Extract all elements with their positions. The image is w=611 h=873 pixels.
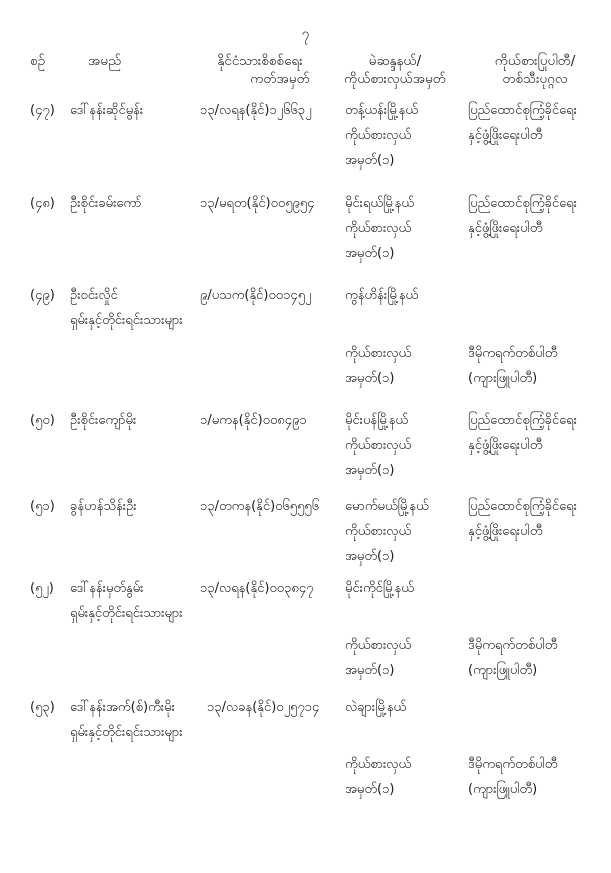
candidate-name: ခွန်ဟန်သိန်းဦး [70,496,137,518]
row-number: (၄၈) [30,193,55,215]
party-line1: ဒီမိုကရက်တစ်ပါတီ [468,635,557,657]
constituency: ကွန်ဟိန်းမြို့နယ် [345,285,418,307]
candidate-name: ဦးစိုင်းကျော်မိုး [70,410,136,432]
row-number: (၄၉) [30,285,55,307]
party-line1: ပြည်ထောင်စုကြံ့ခိုင်ရေး [468,496,577,518]
constituency-number: အမှတ်(၁) [345,243,394,265]
party-line2: (ကျားဖြူပါတီ) [468,660,537,682]
constituency-number: အမှတ်(၁) [345,660,394,682]
candidate-name-line2: ရှမ်းနှင့်တိုင်းရင်းသားများ [70,603,183,625]
party-line1: ပြည်ထောင်စုကြံ့ခိုင်ရေး [468,100,577,122]
page-number: ၇ [0,24,611,45]
constituency-number: အမှတ်(၁) [345,150,394,172]
candidate-name-line2: ရှမ်းနှင့်တိုင်းရင်းသားများ [70,310,183,332]
party-line1: ဒီမိုကရက်တစ်ပါတီ [468,343,557,365]
constituency-representative: ကိုယ်စားလှယ် [345,435,411,457]
nrc-number: ၁၃/လရန(နိုင်)၀၀၃၈၄၇ [200,578,313,600]
party-line2: (ကျားဖြူပါတီ) [468,779,537,801]
party-line2: နှင့်ဖွံ့ဖြိုးရေးပါတီ [468,125,542,147]
constituency-representative: ကိုယ်စားလှယ် [345,754,411,776]
constituency: မိုင်းကိုင်မြို့နယ် [345,578,414,600]
party-line2: နှင့်ဖွံ့ဖြိုးရေးပါတီ [468,521,542,543]
nrc-number: ၁/မကန(နိုင်)၀၀၈၄၉၁ [200,410,307,432]
constituency: လဲချားမြို့နယ် [345,697,406,719]
header-party-line2: တစ်သီးပုဂ္ဂလ [465,68,605,90]
constituency: တန့်ယန်းမြို့နယ် [345,100,418,122]
nrc-number: ၉/ပသက(နိုင်)၀၀၁၄၅၂ [200,285,311,307]
nrc-number: ၁၃/လခန(နိုင်)၀၂၅၇၁၄ [207,697,319,719]
header-constituency-line2: ကိုယ်စားလှယ်အမှတ် [325,68,465,90]
party-line1: ဒီမိုကရက်တစ်ပါတီ [468,754,557,776]
candidate-name: ဒေါ်နန်းမှတ်နွမ်း [70,578,143,600]
row-number: (၅၁) [30,496,55,518]
constituency: မောက်မယ်မြို့နယ် [345,496,429,518]
header-no: စဉ် [30,50,45,72]
nrc-number: ၁၃/မရတ(နိုင်)၀၀၅၉၅၄ [200,193,315,215]
row-number: (၅၂) [30,578,54,600]
candidate-name: ဦးစိုင်းခမ်းကော် [70,193,142,215]
party-line2: နှင့်ဖွံ့ဖြိုးရေးပါတီ [468,435,542,457]
constituency: မိုင်းရယ်မြို့နယ် [345,193,414,215]
row-number: (၅၀) [30,410,55,432]
party-line1: ပြည်ထောင်စုကြံ့ခိုင်ရေး [468,193,577,215]
nrc-number: ၁၃/လရန(နိုင်)၁၂၆၆၃၂ [200,100,311,122]
constituency-representative: ကိုယ်စားလှယ် [345,218,411,240]
candidate-name: ဦးဝင်းလှိုင် [70,285,118,307]
party-line1: ပြည်ထောင်စုကြံ့ခိုင်ရေး [468,410,577,432]
header-name: အမည် [88,50,121,72]
constituency-representative: ကိုယ်စားလှယ် [345,125,411,147]
constituency-representative: ကိုယ်စားလှယ် [345,635,411,657]
candidate-name: ဒေါ်နန်းအက်(စ်)ကီးမိုး [70,697,175,719]
constituency-representative: ကိုယ်စားလှယ် [345,521,411,543]
constituency-number: အမှတ်(၁) [345,460,394,482]
constituency-number: အမှတ်(၁) [345,779,394,801]
row-number: (၅၃) [30,697,55,719]
constituency-number: အမှတ်(၁) [345,368,394,390]
candidate-name: ဒေါ်နန်းဆိုင်မွန်း [70,100,143,122]
party-line2: နှင့်ဖွံ့ဖြိုးရေးပါတီ [468,218,542,240]
constituency: မိုင်းပန်မြို့နယ် [345,410,408,432]
candidate-name-line2: ရှမ်းနှင့်တိုင်းရင်းသားများ [70,722,183,744]
party-line2: (ကျားဖြူပါတီ) [468,368,537,390]
constituency-number: အမှတ်(၁) [345,546,394,568]
row-number: (၄၇) [30,100,55,122]
constituency-representative: ကိုယ်စားလှယ် [345,343,411,365]
nrc-number: ၁၃/တကန(နိုင်)၀၆၅၅၅၆ [200,496,319,518]
